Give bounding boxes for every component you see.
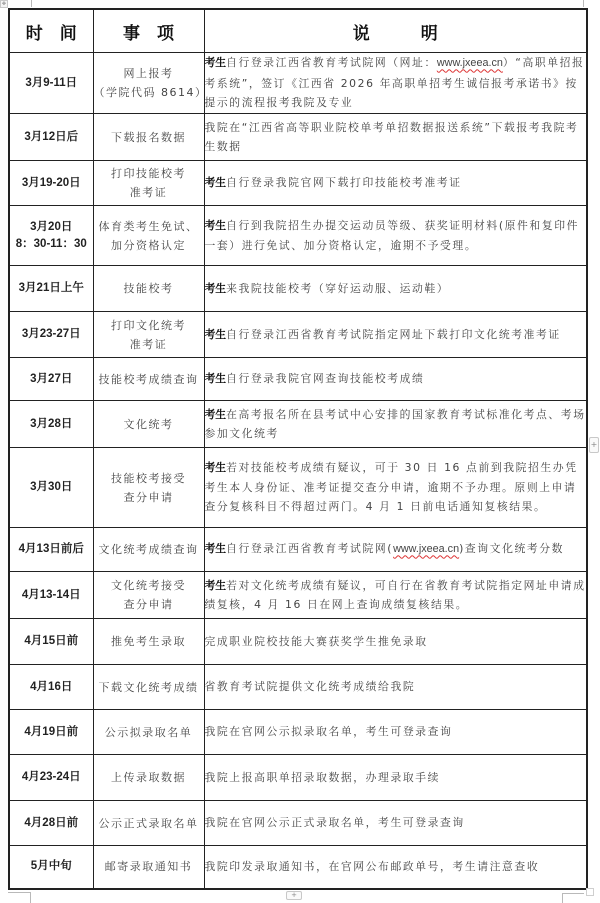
cell-description: 我院上报高职单招录取数据，办理录取手续 bbox=[204, 755, 587, 801]
subject-label: 考生 bbox=[205, 328, 227, 341]
item-text: 查分申请 bbox=[94, 595, 204, 614]
table-move-handle-icon[interactable]: ✥ bbox=[0, 0, 8, 8]
description-text: )查询文化统考分数 bbox=[459, 542, 564, 555]
cell-description: 考生若对文化统考成绩有疑议，可自行在省教育考试院指定网址申请成绩复核，4 月 1… bbox=[204, 572, 587, 619]
table-body: 3月9-11日网上报考（学院代码 8614）考生自行登录江西省教育考试院网（网址… bbox=[9, 53, 587, 889]
cell-item: 上传录取数据 bbox=[93, 755, 204, 801]
table-row: 4月15日前推免考生录取完成职业院校技能大赛获奖学生推免录取 bbox=[9, 619, 587, 665]
cell-item: 公示正式录取名单 bbox=[93, 801, 204, 846]
cell-item: 网上报考（学院代码 8614） bbox=[93, 53, 204, 114]
cell-time: 3月28日 bbox=[9, 401, 93, 448]
cell-item: 公示拟录取名单 bbox=[93, 710, 204, 755]
table-row: 4月19日前公示拟录取名单我院在官网公示拟录取名单，考生可登录查询 bbox=[9, 710, 587, 755]
page-margin-guide bbox=[583, 0, 584, 7]
cell-time: 4月28日前 bbox=[9, 801, 93, 846]
cell-item: 邮寄录取通知书 bbox=[93, 846, 204, 889]
subject-label: 考生 bbox=[205, 542, 227, 555]
table-row: 4月28日前公示正式录取名单我院在官网公示正式录取名单，考生可登录查询 bbox=[9, 801, 587, 846]
cell-description: 省教育考试院提供文化统考成绩给我院 bbox=[204, 665, 587, 710]
cell-time: 4月13日前后 bbox=[9, 528, 93, 572]
item-text: 体育类考生免试、 bbox=[94, 217, 204, 236]
table-resize-handle-icon[interactable] bbox=[586, 888, 594, 896]
cell-description: 我院在官网公示拟录取名单，考生可登录查询 bbox=[204, 710, 587, 755]
cell-time: 3月27日 bbox=[9, 358, 93, 401]
cell-item: 技能校考 bbox=[93, 266, 204, 312]
description-text: 在高考报名所在县考试中心安排的国家教育考试标准化考点、考场参加文化统考 bbox=[205, 408, 586, 441]
description-text: 我院在官网公示拟录取名单，考生可登录查询 bbox=[205, 725, 453, 738]
subject-label: 考生 bbox=[205, 219, 227, 232]
time-text: 3月28日 bbox=[10, 416, 93, 433]
table-row: 4月13-14日文化统考接受查分申请考生若对文化统考成绩有疑议，可自行在省教育考… bbox=[9, 572, 587, 619]
time-text: 4月23-24日 bbox=[10, 769, 93, 786]
item-text: 技能校考接受 bbox=[94, 469, 204, 488]
add-row-below-handle-icon[interactable]: + bbox=[286, 891, 302, 900]
table-row: 4月13日前后文化统考成绩查询考生自行登录江西省教育考试院网(www.jxeea… bbox=[9, 528, 587, 572]
cell-item: 文化统考 bbox=[93, 401, 204, 448]
cell-time: 3月21日上午 bbox=[9, 266, 93, 312]
table-row: 3月30日技能校考接受查分申请考生若对技能校考成绩有疑议，可于 30 日 16 … bbox=[9, 448, 587, 528]
cell-time: 4月23-24日 bbox=[9, 755, 93, 801]
item-text: 打印技能校考 bbox=[94, 164, 204, 183]
cell-description: 考生在高考报名所在县考试中心安排的国家教育考试标准化考点、考场参加文化统考 bbox=[204, 401, 587, 448]
cell-description: 考生自行登录江西省教育考试院网（网址：www.jxeea.cn）“高职单招报考系… bbox=[204, 53, 587, 114]
subject-label: 考生 bbox=[205, 408, 227, 421]
table-row: 3月21日上午技能校考考生来我院技能校考（穿好运动服、运动鞋） bbox=[9, 266, 587, 312]
cell-item: 下载报名数据 bbox=[93, 114, 204, 161]
table-row: 3月23-27日打印文化统考准考证考生自行登录江西省教育考试院指定网址下载打印文… bbox=[9, 312, 587, 358]
item-text: 文化统考 bbox=[94, 415, 204, 434]
cell-description: 考生自行登录江西省教育考试院指定网址下载打印文化统考准考证 bbox=[204, 312, 587, 358]
time-text: 4月15日前 bbox=[10, 633, 93, 650]
item-text: 查分申请 bbox=[94, 488, 204, 507]
cell-time: 3月9-11日 bbox=[9, 53, 93, 114]
item-text: 下载报名数据 bbox=[94, 128, 204, 147]
cell-item: 下载文化统考成绩 bbox=[93, 665, 204, 710]
description-text: 省教育考试院提供文化统考成绩给我院 bbox=[205, 680, 416, 693]
subject-label: 考生 bbox=[205, 56, 227, 69]
item-text: 公示拟录取名单 bbox=[94, 723, 204, 742]
item-text: 准考证 bbox=[94, 183, 204, 202]
description-text: 自行登录江西省教育考试院网（网址： bbox=[226, 56, 437, 69]
item-text: 技能校考 bbox=[94, 279, 204, 298]
time-text: 3月23-27日 bbox=[10, 326, 93, 343]
page-margin-guide bbox=[562, 893, 584, 894]
cell-time: 4月15日前 bbox=[9, 619, 93, 665]
cell-description: 考生自行到我院招生办提交运动员等级、获奖证明材料(原件和复印件一套）进行免试、加… bbox=[204, 206, 587, 266]
table-header-row: 时 间 事 项 说 明 bbox=[9, 9, 587, 53]
item-text: 推免考生录取 bbox=[94, 632, 204, 651]
cell-description: 考生自行登录我院官网查询技能校考成绩 bbox=[204, 358, 587, 401]
item-text: 公示正式录取名单 bbox=[94, 814, 204, 833]
admission-schedule-table: 时 间 事 项 说 明 3月9-11日网上报考（学院代码 8614）考生自行登录… bbox=[8, 8, 588, 890]
time-text: 5月中旬 bbox=[10, 858, 93, 875]
item-text: 技能校考成绩查询 bbox=[94, 370, 204, 389]
time-text: 4月19日前 bbox=[10, 724, 93, 741]
page-margin-guide bbox=[30, 892, 31, 903]
description-text: 我院上报高职单招录取数据，办理录取手续 bbox=[205, 771, 441, 784]
time-text: 3月9-11日 bbox=[10, 75, 93, 92]
time-text: 3月20日 bbox=[10, 219, 93, 236]
cell-time: 4月13-14日 bbox=[9, 572, 93, 619]
time-text: 3月12日后 bbox=[10, 129, 93, 146]
cell-description: 完成职业院校技能大赛获奖学生推免录取 bbox=[204, 619, 587, 665]
subject-label: 考生 bbox=[205, 282, 227, 295]
time-text: 3月30日 bbox=[10, 479, 93, 496]
description-text: 来我院技能校考（穿好运动服、运动鞋） bbox=[226, 282, 449, 295]
cell-time: 4月16日 bbox=[9, 665, 93, 710]
description-text: 自行到我院招生办提交运动员等级、获奖证明材料(原件和复印件一套）进行免试、加分资… bbox=[205, 219, 580, 252]
item-text: 准考证 bbox=[94, 335, 204, 354]
item-text: 下载文化统考成绩 bbox=[94, 678, 204, 697]
cell-description: 考生若对技能校考成绩有疑议，可于 30 日 16 点前到我院招生办凭考生本人身份… bbox=[204, 448, 587, 528]
cell-item: 体育类考生免试、加分资格认定 bbox=[93, 206, 204, 266]
time-text: 4月13-14日 bbox=[10, 587, 93, 604]
cell-time: 3月20日8：30-11：30 bbox=[9, 206, 93, 266]
table-row: 3月19-20日打印技能校考准考证考生自行登录我院官网下载打印技能校考准考证 bbox=[9, 161, 587, 206]
table-row: 3月20日8：30-11：30体育类考生免试、加分资格认定考生自行到我院招生办提… bbox=[9, 206, 587, 266]
time-text: 3月27日 bbox=[10, 371, 93, 388]
website-link[interactable]: www.jxeea.cn bbox=[393, 543, 459, 555]
description-text: 完成职业院校技能大赛获奖学生推免录取 bbox=[205, 635, 428, 648]
description-text: 自行登录我院官网查询技能校考成绩 bbox=[226, 372, 424, 385]
item-text: 网上报考 bbox=[94, 64, 204, 83]
cell-description: 考生自行登录我院官网下载打印技能校考准考证 bbox=[204, 161, 587, 206]
cell-time: 4月19日前 bbox=[9, 710, 93, 755]
time-text: 8：30-11：30 bbox=[10, 236, 93, 253]
cell-item: 打印文化统考准考证 bbox=[93, 312, 204, 358]
table-row: 3月28日文化统考考生在高考报名所在县考试中心安排的国家教育考试标准化考点、考场… bbox=[9, 401, 587, 448]
time-text: 4月16日 bbox=[10, 679, 93, 696]
cell-time: 5月中旬 bbox=[9, 846, 93, 889]
header-time: 时 间 bbox=[9, 9, 93, 53]
page-margin-guide bbox=[8, 892, 30, 893]
item-text: 邮寄录取通知书 bbox=[94, 857, 204, 876]
website-link[interactable]: www.jxeea.cn bbox=[437, 57, 503, 69]
cell-description: 考生自行登录江西省教育考试院网(www.jxeea.cn)查询文化统考分数 bbox=[204, 528, 587, 572]
time-text: 3月21日上午 bbox=[10, 280, 93, 297]
cell-description: 我院印发录取通知书，在官网公布邮政单号，考生请注意查收 bbox=[204, 846, 587, 889]
item-text: （学院代码 8614） bbox=[94, 83, 204, 102]
description-text: 若对技能校考成绩有疑议，可于 30 日 16 点前到我院招生办凭考生本人身份证、… bbox=[205, 461, 578, 513]
cell-item: 技能校考成绩查询 bbox=[93, 358, 204, 401]
cell-time: 3月23-27日 bbox=[9, 312, 93, 358]
header-item: 事 项 bbox=[93, 9, 204, 53]
cell-description: 考生来我院技能校考（穿好运动服、运动鞋） bbox=[204, 266, 587, 312]
item-text: 文化统考成绩查询 bbox=[94, 540, 204, 559]
description-text: 我院在“江西省高等职业院校单考单招数据报送系统”下载报考我院考生数据 bbox=[205, 121, 579, 154]
description-text: 若对文化统考成绩有疑议，可自行在省教育考试院指定网址申请成绩复核，4 月 16 … bbox=[205, 579, 586, 612]
description-text: 自行登录我院官网下载打印技能校考准考证 bbox=[226, 176, 462, 189]
cell-time: 3月12日后 bbox=[9, 114, 93, 161]
cell-item: 文化统考接受查分申请 bbox=[93, 572, 204, 619]
page-margin-guide bbox=[562, 893, 563, 903]
cell-item: 推免考生录取 bbox=[93, 619, 204, 665]
description-text: 自行登录江西省教育考试院指定网址下载打印文化统考准考证 bbox=[226, 328, 561, 341]
description-text: 我院在官网公示正式录取名单，考生可登录查询 bbox=[205, 816, 465, 829]
cell-item: 技能校考接受查分申请 bbox=[93, 448, 204, 528]
time-text: 4月28日前 bbox=[10, 815, 93, 832]
subject-label: 考生 bbox=[205, 579, 227, 592]
page-margin-guide bbox=[31, 0, 32, 7]
cell-item: 打印技能校考准考证 bbox=[93, 161, 204, 206]
table-row: 3月9-11日网上报考（学院代码 8614）考生自行登录江西省教育考试院网（网址… bbox=[9, 53, 587, 114]
item-text: 打印文化统考 bbox=[94, 316, 204, 335]
description-text: 我院印发录取通知书，在官网公布邮政单号，考生请注意查收 bbox=[205, 860, 540, 873]
subject-label: 考生 bbox=[205, 372, 227, 385]
header-description: 说 明 bbox=[204, 9, 587, 53]
table-row: 3月12日后下载报名数据我院在“江西省高等职业院校单考单招数据报送系统”下载报考… bbox=[9, 114, 587, 161]
item-text: 上传录取数据 bbox=[94, 768, 204, 787]
time-text: 3月19-20日 bbox=[10, 175, 93, 192]
cell-time: 3月19-20日 bbox=[9, 161, 93, 206]
add-row-handle-icon[interactable]: + bbox=[589, 437, 599, 453]
time-text: 4月13日前后 bbox=[10, 541, 93, 558]
cell-item: 文化统考成绩查询 bbox=[93, 528, 204, 572]
table-row: 3月27日技能校考成绩查询考生自行登录我院官网查询技能校考成绩 bbox=[9, 358, 587, 401]
table-row: 4月16日下载文化统考成绩省教育考试院提供文化统考成绩给我院 bbox=[9, 665, 587, 710]
description-text: 自行登录江西省教育考试院网( bbox=[226, 542, 393, 555]
table-row: 5月中旬邮寄录取通知书我院印发录取通知书，在官网公布邮政单号，考生请注意查收 bbox=[9, 846, 587, 889]
cell-time: 3月30日 bbox=[9, 448, 93, 528]
subject-label: 考生 bbox=[205, 176, 227, 189]
item-text: 文化统考接受 bbox=[94, 576, 204, 595]
table-row: 4月23-24日上传录取数据我院上报高职单招录取数据，办理录取手续 bbox=[9, 755, 587, 801]
cell-description: 我院在“江西省高等职业院校单考单招数据报送系统”下载报考我院考生数据 bbox=[204, 114, 587, 161]
cell-description: 我院在官网公示正式录取名单，考生可登录查询 bbox=[204, 801, 587, 846]
item-text: 加分资格认定 bbox=[94, 236, 204, 255]
subject-label: 考生 bbox=[205, 461, 227, 474]
